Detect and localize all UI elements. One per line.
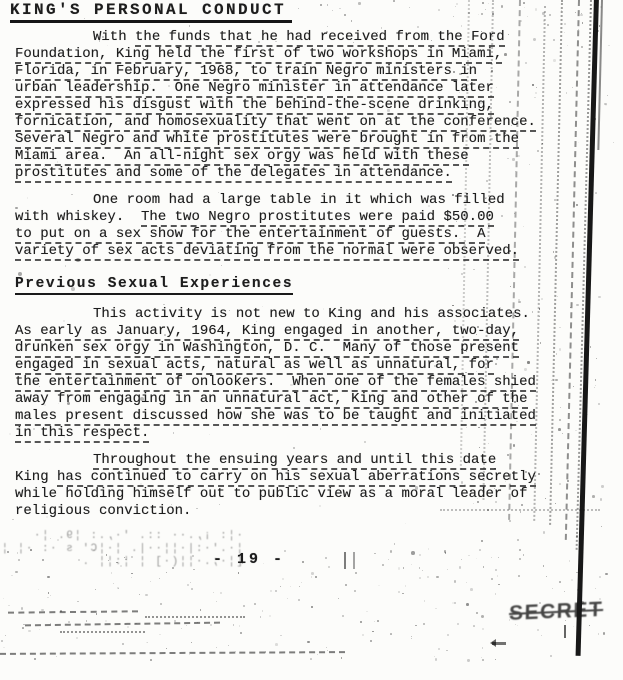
document-line: As early as January, 1964, King engaged … (15, 323, 575, 340)
scanned-document-page: KING'S PERSONAL CONDUCT With the funds t… (0, 0, 623, 680)
scan-arrow-mark (492, 642, 506, 645)
document-line: religious conviction. (15, 503, 575, 520)
document-title: KING'S PERSONAL CONDUCT (10, 1, 292, 23)
document-line: King has continued to carry on his sexua… (15, 469, 575, 486)
document-line: males present discussed how she was to b… (15, 408, 575, 425)
scan-smudge-streak (8, 610, 138, 613)
document-line: the entertainment of onlookers. When one… (15, 374, 575, 391)
scan-artifact-tick (344, 552, 355, 569)
document-line: with whiskey. The two Negro prostitutes … (15, 209, 575, 226)
page-number: - 19 - (213, 551, 285, 568)
document-line: engaged in sexual acts, natural as well … (15, 357, 575, 374)
section-subheading: Previous Sexual Experiences (15, 276, 575, 292)
scan-smudge-streak (60, 631, 145, 633)
document-line: variety of sex acts deviating from the n… (15, 243, 575, 260)
document-line: One room had a large table in it which w… (15, 192, 575, 209)
document-line: in this respect. (15, 425, 575, 442)
scan-edge-line (597, 0, 603, 150)
document-line: prostitutes and some of the delegates in… (15, 165, 575, 182)
document-line: away from engaging in an unnatural act, … (15, 391, 575, 408)
document-line: Throughout the ensuing years and until t… (15, 452, 575, 469)
document-line: This activity is not new to King and his… (15, 306, 575, 323)
document-line: drunken sex orgy in Washington, D. C. Ma… (15, 340, 575, 357)
paragraph: This activity is not new to King and his… (15, 306, 575, 442)
document-line: while holding himself out to public view… (15, 486, 575, 503)
scan-smudge-streak (25, 622, 220, 627)
ink-bleed-through: ·¦: ¡,.·· ::. '·,.: ¦9. ¦·¦·.'·:|·¦¦··|.… (33, 530, 243, 569)
document-line: to put on a sex show for the entertainme… (15, 226, 575, 243)
classification-stamp: SECRET (509, 598, 604, 626)
scan-artifact-tick (564, 625, 566, 638)
scan-smudge-streak (145, 616, 245, 618)
scan-smudge-streak (0, 651, 345, 655)
paragraph: One room had a large table in it which w… (15, 192, 575, 260)
